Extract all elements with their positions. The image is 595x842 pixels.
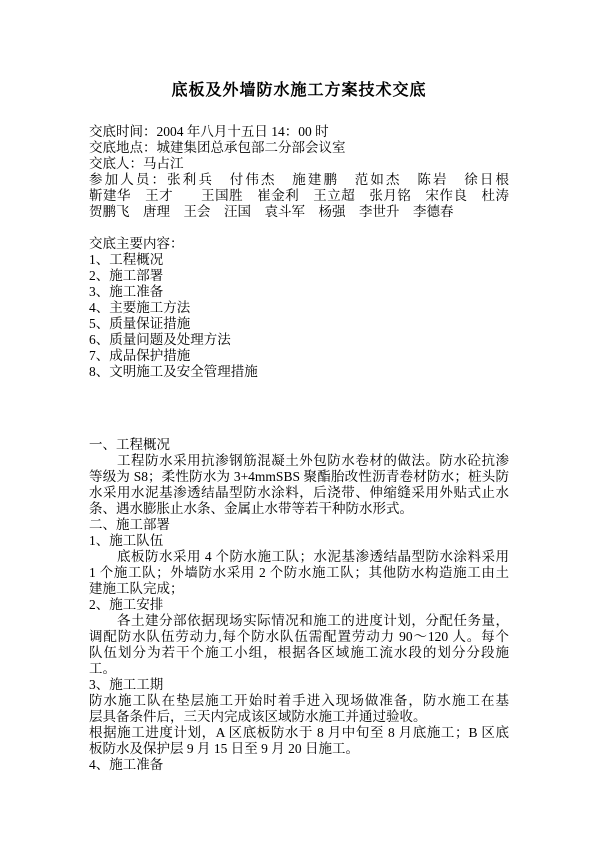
body-subheading: 2、施工安排: [89, 597, 509, 613]
body-line: 根据施工进度计划，A 区底板防水于 8 月中旬至 8 月底施工；B 区底: [89, 725, 509, 741]
body-line: 工程防水采用抗渗钢筋混凝土外包防水卷材的做法。防水砼抗渗: [89, 453, 509, 469]
toc-item-8: 8、文明施工及安全管理措施: [89, 364, 509, 380]
body-heading-2: 二、施工部署: [89, 517, 509, 533]
body-subheading: 1、施工队伍: [89, 533, 509, 549]
toc-heading: 交底主要内容：: [89, 236, 509, 252]
toc-item-5: 5、质量保证措施: [89, 316, 509, 332]
body-line: 建施工队完成；: [89, 581, 509, 597]
meta-line-attendees-3: 贺鹏飞 唐理 王会 汪国 袁斗军 杨强 李世升 李德春: [89, 204, 509, 220]
body-line: 队伍划分为若干个施工小组，根据各区域施工流水段的划分分段施: [89, 645, 509, 661]
meta-line-time: 交底时间：2004 年八月十五日 14：00 时: [89, 124, 509, 140]
body-heading-1: 一、工程概况: [89, 437, 509, 453]
body-line: 底板防水采用 4 个防水施工队；水泥基渗透结晶型防水涂料采用: [89, 549, 509, 565]
body-line: 条、遇水膨胀止水条、金属止水带等若干种防水形式。: [89, 501, 509, 517]
meta-line-place: 交底地点：城建集团总承包部二分部会议室: [89, 140, 509, 156]
document-page: 底板及外墙防水施工方案技术交底 交底时间：2004 年八月十五日 14：00 时…: [0, 0, 595, 842]
body-line: 层具备条件后，三天内完成该区域防水施工并通过验收。: [89, 709, 509, 725]
body-subheading: 4、施工准备: [89, 757, 509, 773]
body-line: 板防水及保护层 9 月 15 日至 9 月 20 日施工。: [89, 741, 509, 757]
body-line: 工。: [89, 661, 509, 677]
meta-line-attendees-1: 参加人员：张利兵 付伟杰 施建鹏 范如杰 陈岩 徐日根: [89, 172, 509, 188]
body-line: 防水施工队在垫层施工开始时着手进入现场做准备，防水施工在基: [89, 693, 509, 709]
blank-line: [89, 220, 509, 236]
toc-item-7: 7、成品保护措施: [89, 348, 509, 364]
doc-title: 底板及外墙防水施工方案技术交底: [89, 80, 509, 102]
toc-item-4: 4、主要施工方法: [89, 300, 509, 316]
toc-item-1: 1、工程概况: [89, 252, 509, 268]
meta-line-person: 交底人：马占江: [89, 156, 509, 172]
blank-space: [89, 380, 509, 437]
meta-line-attendees-2: 靳建华 王才 王国胜 崔金利 王立超 张月铭 宋作良 杜涛: [89, 188, 509, 204]
toc-item-6: 6、质量问题及处理方法: [89, 332, 509, 348]
body-line: 等级为 S8；柔性防水为 3+4mmSBS 聚酯胎改性沥青卷材防水；桩头防: [89, 469, 509, 485]
body-line: 1 个施工队；外墙防水采用 2 个防水施工队；其他防水构造施工由土: [89, 565, 509, 581]
body-subheading: 3、施工工期: [89, 677, 509, 693]
body-line: 各土建分部依据现场实际情况和施工的进度计划，分配任务量，: [89, 613, 509, 629]
body-line: 水采用水泥基渗透结晶型防水涂料，后浇带、伸缩缝采用外贴式止水: [89, 485, 509, 501]
toc-item-2: 2、施工部署: [89, 268, 509, 284]
toc-item-3: 3、施工准备: [89, 284, 509, 300]
body-line: 调配防水队伍劳动力,每个防水队伍需配置劳动力 90～120 人。每个: [89, 629, 509, 645]
